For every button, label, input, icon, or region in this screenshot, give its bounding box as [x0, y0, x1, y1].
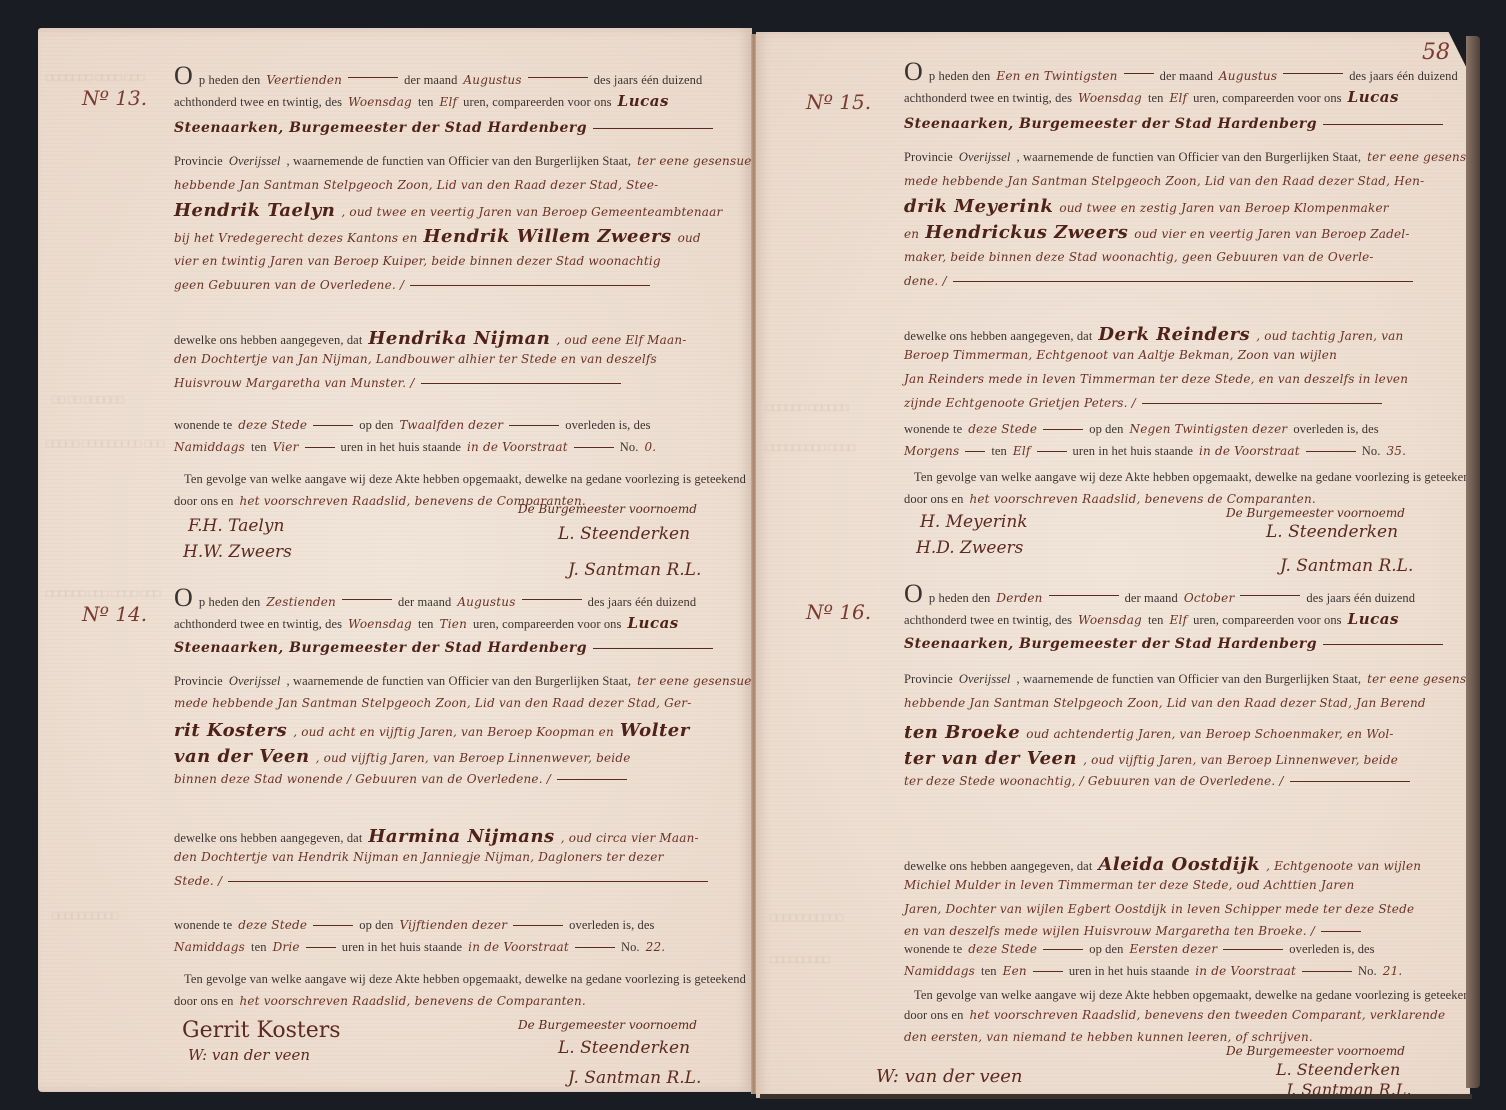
record-number: Nº 14.	[82, 602, 147, 626]
witness-signature: Gerrit Kosters	[182, 1018, 341, 1043]
deceased-name: Aleida Oostdijk	[1098, 854, 1260, 875]
witness-name: rit Kosters	[174, 720, 287, 741]
book-cover-edge	[1466, 36, 1480, 1088]
deceased-name: Harmina Nijmans	[368, 826, 554, 847]
official-name: Steenaarken, Burgemeester der Stad Harde…	[174, 640, 587, 656]
death-record-16: Nº 16. Op heden den Derden der maand Oct…	[756, 32, 1470, 1098]
death-date: Vijftienden dezer	[400, 918, 508, 932]
mayor-label: De Burgemeester voornoemd	[518, 1018, 697, 1032]
mayor-signature: L. Steenderken	[558, 1038, 690, 1058]
death-record-14: Nº 14. Op heden den Zestienden der maand…	[38, 28, 752, 1092]
record-hour: Tien	[440, 617, 467, 631]
house-number: 21.	[1383, 964, 1403, 978]
house-number: 22.	[646, 940, 666, 954]
witness-name: ter van der Veen	[904, 748, 1077, 769]
record-month: Augustus	[457, 595, 515, 609]
death-date: Eersten dezer	[1130, 942, 1218, 956]
witness-signature: W: van der veen	[876, 1066, 1023, 1087]
official-name: Steenaarken, Burgemeester der Stad Harde…	[904, 636, 1317, 652]
witness-name: ten Broeke	[904, 722, 1020, 743]
mayor-signature: J. Santman R.L.	[568, 1068, 701, 1088]
record-day: Derden	[996, 591, 1042, 605]
witness-name: Wolter	[620, 720, 690, 741]
record-month: October	[1184, 591, 1235, 605]
mayor-label: De Burgemeester voornoemd	[1226, 1044, 1405, 1058]
mayor-signature: L. Steenderken	[1276, 1060, 1400, 1079]
record-weekday: Woensdag	[1078, 613, 1142, 627]
witness-name: van der Veen	[174, 746, 310, 767]
record-number: Nº 16.	[806, 600, 871, 624]
left-page: □□□□□□□ □□□□ □□□ □□ □□ □□□□□□ □□□□□ □□□□…	[38, 28, 752, 1092]
record-day: Zestienden	[266, 595, 336, 609]
right-page: 58 □□□□□□ □□□□□□ □□□□□□□□□ □□□□ □□□□□□□□…	[756, 32, 1470, 1098]
witness-signature: W: van der veen	[188, 1046, 310, 1064]
record-weekday: Woensdag	[348, 617, 412, 631]
page-stack-edge	[760, 1094, 1472, 1099]
record-hour: Elf	[1170, 613, 1188, 627]
book-spread: □□□□□□□ □□□□ □□□ □□ □□ □□□□□□ □□□□□ □□□□…	[0, 0, 1506, 1110]
